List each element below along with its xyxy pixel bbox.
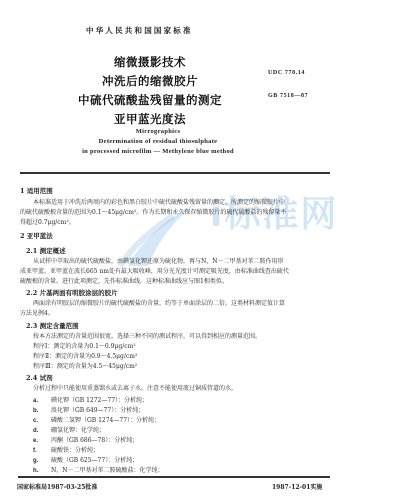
title-en-line-1: Micrographics — [8, 128, 308, 135]
program-3: 程序Ⅲ：测定的含量为4.5～45μg/cm² — [33, 362, 137, 371]
reagent-label: b. — [33, 408, 51, 414]
reagent-text: 磷酸二氢钾（GB 1274—77）：分析纯； — [51, 417, 160, 424]
reagent-item: g.硫酸（GB 625—77）：分析纯； — [33, 455, 138, 464]
udc-code: UDC 778.14 — [268, 70, 305, 76]
section-2-3-heading: 2.3 测定含量范围 — [26, 321, 79, 330]
issuing-body: 中华人民共和国国家标准 — [86, 25, 193, 36]
program-1: 程序Ⅰ：测定的含量为0.1～0.9μg/cm² — [33, 342, 136, 351]
section-2-1-line-1: 从试样中萃取出的硫代硫酸盐，由碘氢化钾还原为硫化物，再与N，N－二甲基对苯二胺作… — [33, 257, 284, 266]
footer-divider — [18, 476, 330, 478]
section-2-1-line-3: 硫酸根的含量。进行此项测定，先作标准曲线。这种标准曲线应与图1相类似。 — [20, 277, 228, 286]
section-2-2-heading: 2.2 片基两面有明胶涂层的胶片 — [26, 288, 118, 297]
section-2-1-heading: 2.1 测定概述 — [26, 246, 66, 255]
reagent-text: 碘化钾（GB 1272—77）：分析纯； — [51, 397, 148, 404]
reagent-item: b.溴化钾（GB 649—77）：分析纯； — [33, 405, 144, 414]
reagent-label: d. — [33, 428, 51, 434]
reagent-label: f. — [33, 448, 51, 454]
reagent-text: 溴化钾（GB 649—77）：分析纯； — [51, 407, 144, 414]
section-1-heading: 1 适用范围 — [20, 186, 53, 195]
reagent-item: c.磷酸二氢钾（GB 1274—77）：分析纯； — [33, 415, 160, 424]
title-divider — [20, 172, 330, 174]
title-en-line-3: in processed microfilm — Methylene blue … — [8, 148, 308, 155]
section-2-heading: 2 亚甲蓝法 — [20, 231, 53, 240]
reagent-text: 硼氢化钾：化学纯； — [51, 427, 105, 434]
title-cn-line-4: 亚甲蓝光度法 — [70, 111, 230, 127]
reagent-item: f.硫酸铁：分析纯； — [33, 445, 99, 454]
approval-date: 国家标准局1987-03-25批准 — [17, 482, 97, 491]
reagent-text: N，N－二甲基对苯二胺硫酸盐：化学纯； — [51, 467, 164, 474]
reagent-label: e. — [33, 438, 51, 444]
reagent-item: e.丙酮（GB 686—78）：分析纯； — [33, 435, 138, 444]
reagent-item: a.碘化钾（GB 1272—77）：分析纯； — [33, 395, 148, 404]
section-2-1-line-2: 成亚甲蓝。亚甲蓝在波长665 nm处有最大吸收峰，用分光光度计可测定吸光度，由标… — [20, 267, 289, 276]
reagent-text: 硫酸（GB 625—77）：分析纯； — [51, 457, 138, 464]
title-cn-line-3: 中硫代硫酸盐残留量的测定 — [70, 92, 230, 108]
reagent-text: 硫酸铁：分析纯； — [51, 447, 99, 454]
reagent-label: c. — [33, 418, 51, 424]
section-2-2-line-1: 两面涂有明胶层的缩微胶片的硫代硫酸盐的含量，约等于单面涂层的二倍。这类材料测定值… — [33, 299, 285, 308]
effective-date: 1987-12-01实施 — [272, 482, 322, 491]
reagent-label: g. — [33, 458, 51, 464]
reagent-label: h. — [33, 468, 51, 474]
section-2-4-heading: 2.4 试剂 — [26, 373, 53, 382]
gb-code: GB 7518—87 — [268, 93, 308, 99]
section-1-line-3: 得超过0.7μg/cm²。 — [20, 218, 75, 227]
section-1-line-1: 本标准适用于冲洗后两周内的彩色和黑白胶片中硫代硫酸盐残留量的测定。所测定的缩微胶… — [33, 198, 285, 207]
section-1-line-2: 的硫代硫酸根含量的范围为0.1～45μg/cm²。作为长期和永久保存缩微胶片的硫… — [20, 208, 286, 217]
title-cn-line-2: 冲洗后的缩微胶片 — [70, 73, 230, 89]
section-2-2-line-2: 方法见例4。 — [20, 309, 54, 318]
reagent-item: d.硼氢化钾：化学纯； — [33, 425, 105, 434]
standard-document-page: i标准网 中华人民共和国国家标准 缩微摄影技术 冲洗后的缩微胶片 中硫代硫酸盐残… — [0, 0, 400, 504]
section-2-3-intro: 按本方法测定的含量范围很宽。选择三种不同的测试程序，可以得到相应的测量范围。 — [33, 332, 261, 341]
reagent-label: a. — [33, 398, 51, 404]
reagent-text: 丙酮（GB 686—78）：分析纯； — [51, 437, 138, 444]
reagent-item: h.N，N－二甲基对苯二胺硫酸盐：化学纯； — [33, 465, 164, 474]
title-cn-line-1: 缩微摄影技术 — [70, 54, 230, 70]
section-2-4-intro: 分析过程中只能使用重蒸馏水或去离子水。注意不能使用流过铜质管道的水。 — [33, 384, 237, 393]
title-en-line-2: Determination of residual thiosulphate — [8, 138, 308, 145]
program-2: 程序Ⅱ：测定的含量为0.9～4.5μg/cm² — [33, 352, 137, 361]
